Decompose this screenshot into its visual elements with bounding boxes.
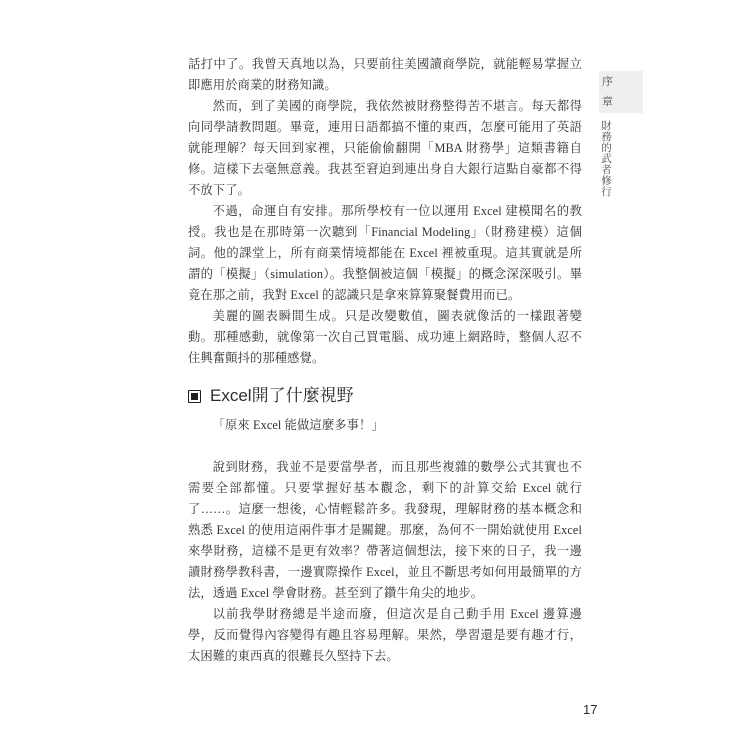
body-text-column: 話打中了。我曾天真地以為，只要前往美國讀商學院，就能輕易掌握立即應用於商業的財務… bbox=[188, 54, 582, 667]
section-heading-text: Excel開了什麼視野 bbox=[210, 385, 354, 407]
page-number: 17 bbox=[583, 702, 597, 717]
pull-quote: 「原來 Excel 能做這麼多事！」 bbox=[188, 415, 582, 436]
section-square-icon-fill bbox=[191, 393, 198, 400]
chapter-title-vertical: 財務的武者修行 bbox=[600, 120, 612, 197]
paragraph: 美麗的圖表瞬間生成。只是改變數值，圖表就像活的一樣跟著變動。那種感動，就像第一次… bbox=[188, 306, 582, 369]
paragraph: 說到財務，我並不是要當學者，而且那些複雜的數學公式其實也不需要全部都懂。只要掌握… bbox=[188, 457, 582, 604]
paragraph: 以前我學財務總是半途而廢，但這次是自己動手用 Excel 邊算邊學，反而覺得內容… bbox=[188, 604, 582, 667]
chapter-sidebar: 序 章 財務的武者修行 bbox=[599, 71, 643, 197]
chapter-tab: 序 章 bbox=[599, 71, 643, 113]
section-square-icon bbox=[188, 390, 201, 403]
paragraph-continuation: 話打中了。我曾天真地以為，只要前往美國讀商學院，就能輕易掌握立即應用於商業的財務… bbox=[188, 54, 582, 96]
paragraph: 然而，到了美國的商學院，我依然被財務整得苦不堪言。每天都得向同學請教問題。畢竟，… bbox=[188, 96, 582, 201]
paragraph: 不過，命運自有安排。那所學校有一位以運用 Excel 建模聞名的教授。我也是在那… bbox=[188, 201, 582, 306]
chapter-label-char-2: 章 bbox=[602, 96, 643, 108]
section-heading: Excel開了什麼視野 bbox=[188, 385, 582, 407]
book-page: 話打中了。我曾天真地以為，只要前往美國讀商學院，就能輕易掌握立即應用於商業的財務… bbox=[0, 0, 750, 750]
chapter-label-char-1: 序 bbox=[602, 76, 643, 88]
